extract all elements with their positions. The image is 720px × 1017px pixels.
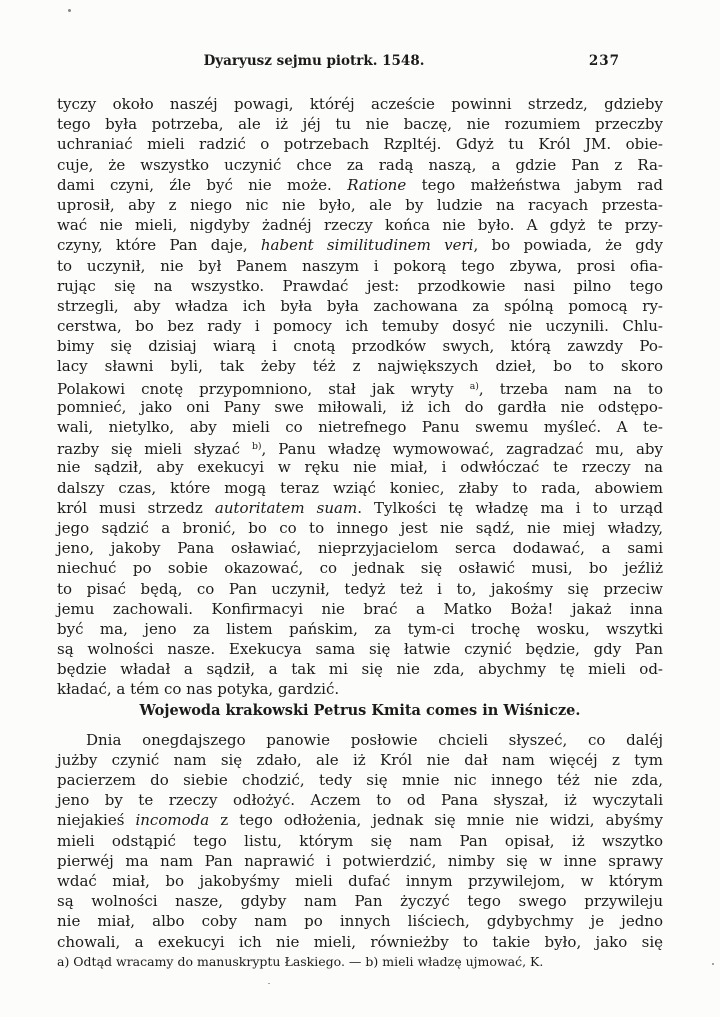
text-segment: bimy się dzisiaj wiarą i cnotą przodków … [57, 337, 663, 355]
text-segment: wać nie mieli, nigdyby żadnéj rzeczy koń… [57, 216, 663, 234]
text-line: jużby czynić nam się zdało, ale iż Król … [57, 750, 663, 770]
text-segment: rując się na wszystko. Prawdać jest: prz… [57, 277, 663, 295]
text-line: bimy się dzisiaj wiarą i cnotą przodków … [57, 336, 663, 356]
text-segment: uprosił, aby z niego nic nie było, ale b… [57, 196, 663, 214]
text-line: niechuć po sobie okazować, co jednak się… [57, 558, 663, 578]
text-line: jeno by te rzeczy odłożyć. Aczem to od P… [57, 790, 663, 810]
text-segment: pierwéj ma nam Pan naprawić i potwierdzi… [57, 852, 663, 870]
text-line: strzegli, aby władza ich była była zacho… [57, 296, 663, 316]
footnote: a) Odtąd wracamy do manuskryptu Łaskiego… [57, 953, 663, 973]
text-segment: jego sądzić a bronić, bo co to innego je… [57, 519, 663, 537]
text-segment: , trzeba nam na to [479, 380, 663, 398]
text-segment: uchraniać mieli radzić o potrzebach Rzpl… [57, 135, 663, 153]
text-line: mieli odstąpić tego listu, którym się na… [57, 831, 663, 851]
text-segment: być ma, jeno za listem pańskim, za tym-c… [57, 620, 663, 638]
text-segment: cerstwa, bo bez rady i pomocy ich temuby… [57, 317, 663, 335]
text-segment: tego małżeństwa jabym rad [406, 176, 663, 194]
text-line: cuje, że wszystko uczynić chce za radą n… [57, 155, 663, 175]
text-line: niejakieś incomoda z tego odłożenia, jed… [57, 810, 663, 830]
text-segment: niechuć po sobie okazować, co jednak się… [57, 559, 663, 577]
text-segment: król musi strzedz [57, 499, 215, 517]
text-line: pacierzem do siebie chodzić, tedy się mn… [57, 770, 663, 790]
text-line: chowali, a exekucyi ich nie mieli, równi… [57, 932, 663, 952]
text-line: czyny, które Pan daje, habent similitudi… [57, 235, 663, 255]
text-line: dami czyni, źle być nie może. Ratione te… [57, 175, 663, 195]
text-segment: są wolności nasze, gdyby nam Pan życzyć … [57, 892, 663, 910]
text-line: tyczy około naszéj powagi, któréj acześc… [57, 94, 663, 114]
text-segment: dami czyni, źle być nie może. [57, 176, 347, 194]
text-segment: Dnia onegdajszego panowie posłowie chcie… [86, 731, 663, 749]
text-segment: z tego odłożenia, jednak się mnie nie wi… [209, 811, 663, 829]
text-line: lacy sławni byli, tak żeby téż z najwięk… [57, 356, 663, 376]
text-segment: jużby czynić nam się zdało, ale iż Król … [57, 751, 663, 769]
text-line: król musi strzedz autoritatem suam. Tylk… [57, 498, 663, 518]
text-line: cerstwa, bo bez rady i pomocy ich temuby… [57, 316, 663, 336]
text-segment: będzie władał a sądził, a tak mi się nie… [57, 660, 663, 678]
text-segment: , Panu władzę wymowować, zagradzać mu, a… [262, 440, 663, 458]
text-line: pomnieć, jako oni Pany swe miłowali, iż … [57, 397, 663, 417]
text-line: a) Odtąd wracamy do manuskryptu Łaskiego… [57, 953, 663, 973]
text-segment: jeno by te rzeczy odłożyć. Aczem to od P… [57, 791, 663, 809]
text-segment: nie sądził, aby exekucyi w ręku nie miał… [57, 458, 663, 476]
text-line: uchraniać mieli radzić o potrzebach Rzpl… [57, 134, 663, 154]
text-segment: są wolności nasze. Exekucya sama się łat… [57, 640, 663, 658]
text-segment: czyny, które Pan daje, [57, 236, 261, 254]
paragraph-1: tyczy około naszéj powagi, któréj acześc… [57, 94, 663, 700]
text-segment: lacy sławni byli, tak żeby téż z najwięk… [57, 357, 663, 375]
text-segment: nie miał, albo coby nam po innych liście… [57, 912, 663, 930]
text-segment: tyczy około naszéj powagi, któréj acześc… [57, 95, 663, 113]
text-line: wali, nietylko, aby mieli co nietrefnego… [57, 417, 663, 437]
text-line: jeno, jakoby Pana osławiać, nieprzyjacie… [57, 538, 663, 558]
text-segment: Polakowi cnotę przypomniono, stał jak wr… [57, 380, 470, 398]
text-segment: pacierzem do siebie chodzić, tedy się mn… [57, 771, 663, 789]
text-line: Polakowi cnotę przypomniono, stał jak wr… [57, 377, 663, 397]
text-line: wać nie mieli, nigdyby żadnéj rzeczy koń… [57, 215, 663, 235]
latin-phrase: Ratione [347, 176, 406, 194]
scan-dust-speck [712, 963, 714, 965]
latin-phrase: incomoda [135, 811, 209, 829]
latin-phrase: habent similitudinem veri [261, 236, 474, 254]
text-line: Dnia onegdajszego panowie posłowie chcie… [57, 730, 663, 750]
text-segment: to uczynił, nie był Panem naszym i pokor… [57, 257, 663, 275]
footnote-marker: a) [470, 381, 479, 392]
text-segment: . Tylkości tę władzę ma i to urząd [357, 499, 663, 517]
text-segment: wali, nietylko, aby mieli co nietrefnego… [57, 418, 663, 436]
text-segment: cuje, że wszystko uczynić chce za radą n… [57, 156, 663, 174]
text-line: to uczynił, nie był Panem naszym i pokor… [57, 256, 663, 276]
page-number: 237 [589, 53, 620, 70]
paragraph-2: Dnia onegdajszego panowie posłowie chcie… [57, 730, 663, 952]
running-header-title: Dyaryusz sejmu piotrk. 1548. [57, 53, 663, 70]
text-segment: tego była potrzeba, ale iż jéj tu nie ba… [57, 115, 663, 133]
text-segment: , bo powiada, że gdy [473, 236, 663, 254]
text-line: być ma, jeno za listem pańskim, za tym-c… [57, 619, 663, 639]
text-segment: mieli odstąpić tego listu, którym się na… [57, 832, 663, 850]
text-line: będzie władał a sądził, a tak mi się nie… [57, 659, 663, 679]
text-line: pierwéj ma nam Pan naprawić i potwierdzi… [57, 851, 663, 871]
latin-phrase: autoritatem suam [215, 499, 357, 517]
text-line: to pisać będą, co Pan uczynił, tedyż też… [57, 579, 663, 599]
text-line: rując się na wszystko. Prawdać jest: prz… [57, 276, 663, 296]
text-line: nie miał, albo coby nam po innych liście… [57, 911, 663, 931]
text-line: jego sądzić a bronić, bo co to innego je… [57, 518, 663, 538]
text-line: razby się mieli słyzać b), Panu władzę w… [57, 437, 663, 457]
text-segment: jemu zachowali. Konfirmacyi nie brać a M… [57, 600, 663, 618]
text-segment: strzegli, aby władza ich była była zacho… [57, 297, 663, 315]
footnote-marker: b) [252, 441, 262, 452]
text-segment: chowali, a exekucyi ich nie mieli, równi… [57, 933, 663, 951]
text-segment: a) Odtąd wracamy do manuskryptu Łaskiego… [57, 954, 543, 969]
running-header: Dyaryusz sejmu piotrk. 1548. 237 [57, 53, 663, 70]
text-segment: wdać miał, bo jakobyśmy mieli dufać inny… [57, 872, 663, 890]
text-line: tego była potrzeba, ale iż jéj tu nie ba… [57, 114, 663, 134]
text-segment: jeno, jakoby Pana osławiać, nieprzyjacie… [57, 539, 663, 557]
text-line: kładać, a tém co nas potyka, gardzić. [57, 679, 663, 699]
text-line: są wolności nasze. Exekucya sama się łat… [57, 639, 663, 659]
text-segment: to pisać będą, co Pan uczynił, tedyż też… [57, 580, 663, 598]
text-block: Dyaryusz sejmu piotrk. 1548. 237 tyczy o… [57, 0, 663, 973]
text-line: uprosił, aby z niego nic nie było, ale b… [57, 195, 663, 215]
text-segment: kładać, a tém co nas potyka, gardzić. [57, 680, 339, 698]
section-heading: Wojewoda krakowski Petrus Kmita comes in… [57, 702, 663, 720]
text-line: są wolności nasze, gdyby nam Pan życzyć … [57, 891, 663, 911]
scan-dust-speck [268, 983, 270, 984]
text-line: jemu zachowali. Konfirmacyi nie brać a M… [57, 599, 663, 619]
text-segment: niejakieś [57, 811, 135, 829]
text-segment: pomnieć, jako oni Pany swe miłowali, iż … [57, 398, 663, 416]
text-line: dalszy czas, które mogą teraz wziąć koni… [57, 478, 663, 498]
text-segment: dalszy czas, które mogą teraz wziąć koni… [57, 479, 663, 497]
text-line: wdać miał, bo jakobyśmy mieli dufać inny… [57, 871, 663, 891]
text-segment: razby się mieli słyzać [57, 440, 252, 458]
document-page: Dyaryusz sejmu piotrk. 1548. 237 tyczy o… [0, 0, 720, 1017]
text-line: nie sądził, aby exekucyi w ręku nie miał… [57, 457, 663, 477]
